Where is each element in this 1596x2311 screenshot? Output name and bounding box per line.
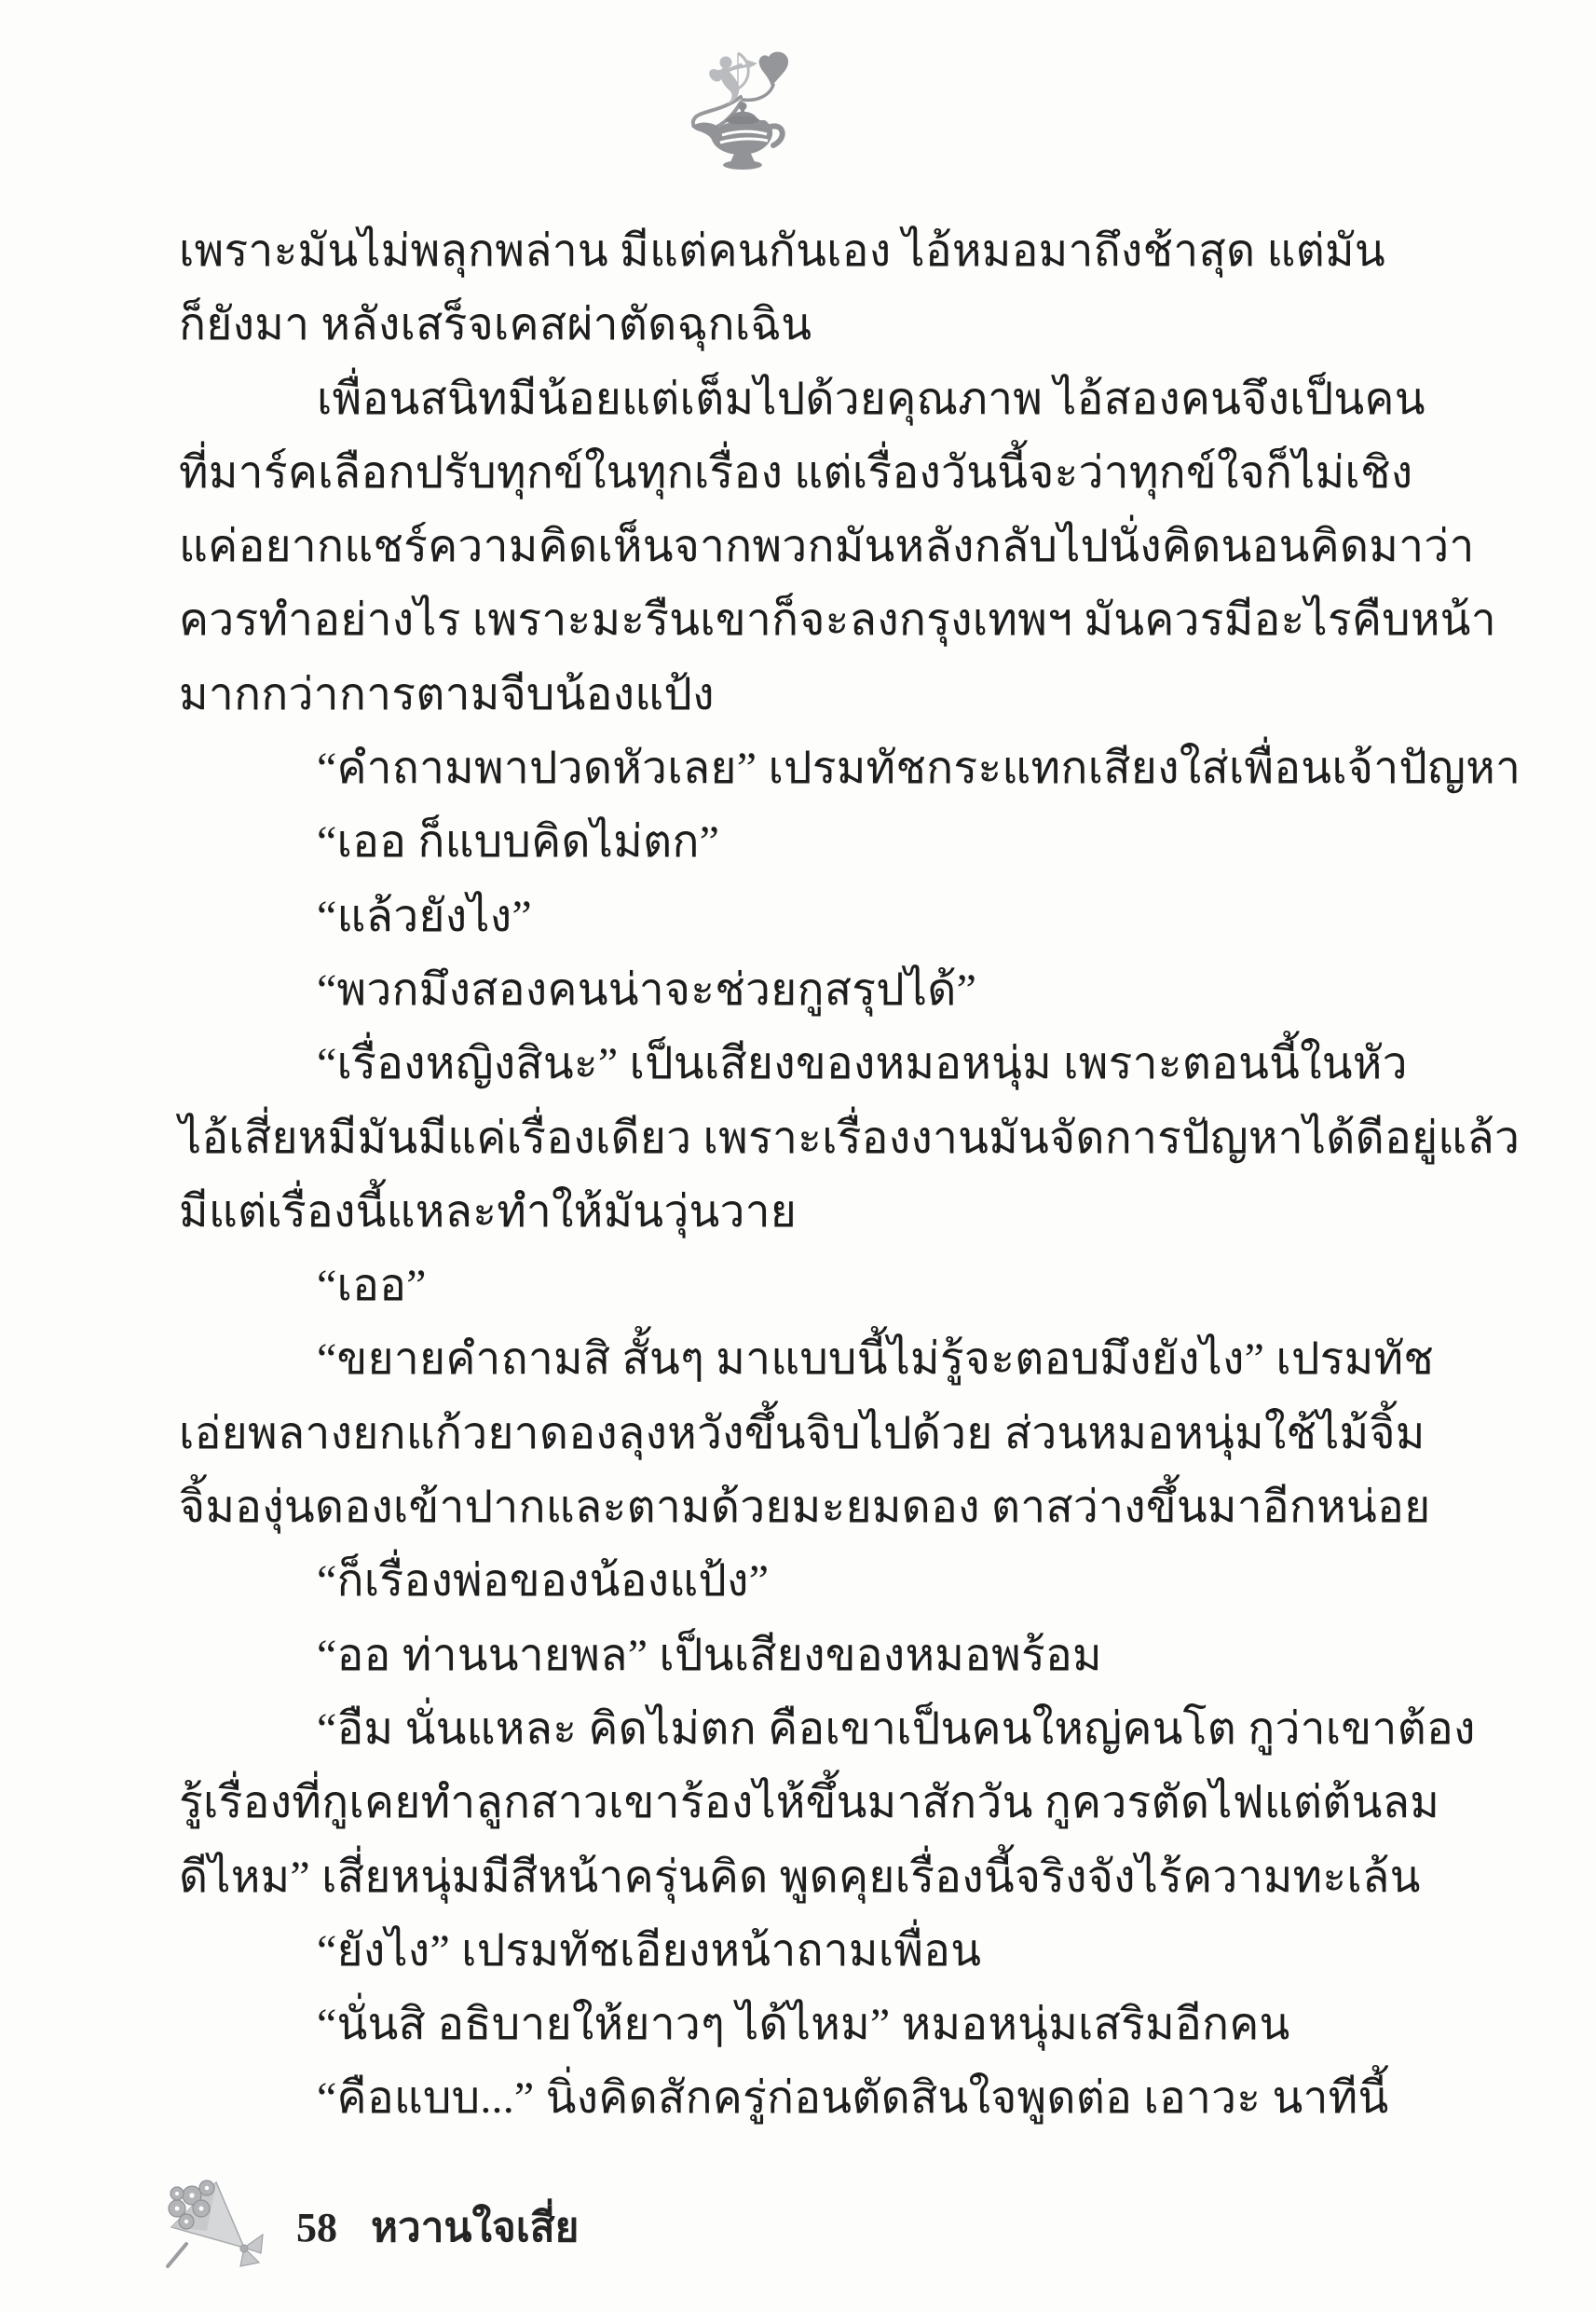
text-line: “อืม นั่นแหละ คิดไม่ตก คือเขาเป็นคนใหญ่ค… bbox=[179, 1692, 1390, 1766]
text-line: “แล้วยังไง” bbox=[179, 880, 1390, 953]
text-line: ก็ยังมา หลังเสร็จเคสผ่าตัดฉุกเฉิน bbox=[179, 288, 1390, 362]
text-line: รู้เรื่องที่กูเคยทำลูกสาวเขาร้องไห้ขึ้นม… bbox=[179, 1766, 1390, 1839]
text-line: เอ่ยพลางยกแก้วยาดองลุงหวังขึ้นจิบไปด้วย … bbox=[179, 1397, 1390, 1470]
text-line: ที่มาร์คเลือกปรับทุกข์ในทุกเรื่อง แต่เรื… bbox=[179, 436, 1390, 510]
flower-bouquet-icon bbox=[158, 2175, 281, 2279]
text-line: ไอ้เสี่ยหมีมันมีแค่เรื่องเดียว เพราะเรื่… bbox=[179, 1101, 1390, 1175]
text-line: แค่อยากแชร์ความคิดเห็นจากพวกมันหลังกลับไ… bbox=[179, 510, 1390, 583]
text-line: ควรทำอย่างไร เพราะมะรืนเขาก็จะลงกรุงเทพฯ… bbox=[179, 583, 1390, 657]
text-line: “พวกมึงสองคนน่าจะช่วยกูสรุปได้” bbox=[179, 953, 1390, 1027]
text-line: เพราะมันไม่พลุกพล่าน มีแต่คนกันเอง ไอ้หม… bbox=[179, 214, 1390, 288]
text-line: “เออ” bbox=[179, 1249, 1390, 1322]
text-line: “ก็เรื่องพ่อของน้องแป้ง” bbox=[179, 1544, 1390, 1618]
text-line: “เรื่องหญิงสินะ” เป็นเสียงของหมอหนุ่ม เพ… bbox=[179, 1027, 1390, 1101]
text-line: ดีไหม” เสี่ยหนุ่มมีสีหน้าครุ่นคิด พูดคุย… bbox=[179, 1840, 1390, 1914]
text-line: “เออ ก็แบบคิดไม่ตก” bbox=[179, 805, 1390, 879]
text-line: มากกว่าการตามจีบน้องแป้ง bbox=[179, 658, 1390, 732]
text-line: “ขยายคำถามสิ สั้นๆ มาแบบนี้ไม่รู้จะตอบมึ… bbox=[179, 1322, 1390, 1396]
page-number: 58 bbox=[296, 2204, 337, 2251]
heart-icon bbox=[743, 52, 788, 101]
text-line: เพื่อนสนิทมีน้อยแต่เต็มไปด้วยคุณภาพ ไอ้ส… bbox=[179, 362, 1390, 436]
text-line: จิ้มองุ่นดองเข้าปากและตามด้วยมะยมดอง ตาส… bbox=[179, 1470, 1390, 1544]
ribbon-bow-icon bbox=[240, 2235, 263, 2266]
genie-lamp-cupid-ornament-icon bbox=[683, 47, 813, 177]
text-line: มีแต่เรื่องนี้แหละทำให้มันวุ่นวาย bbox=[179, 1175, 1390, 1249]
cupid-icon bbox=[709, 53, 757, 104]
text-line: “นั่นสิ อธิบายให้ยาวๆ ได้ไหม” หมอหนุ่มเส… bbox=[179, 1988, 1390, 2061]
text-line: “ออ ท่านนายพล” เป็นเสียงของหมอพร้อม bbox=[179, 1619, 1390, 1692]
body-text: เพราะมันไม่พลุกพล่าน มีแต่คนกันเอง ไอ้หม… bbox=[179, 214, 1390, 2136]
book-title: หวานใจเสี่ย bbox=[371, 2195, 579, 2260]
text-line: “คำถามพาปวดหัวเลย” เปรมทัชกระแทกเสียงใส่… bbox=[179, 732, 1390, 805]
text-line: “คือแบบ...” นิ่งคิดสักครู่ก่อนตัดสินใจพู… bbox=[179, 2061, 1390, 2135]
footer: 58 หวานใจเสี่ย bbox=[158, 2175, 579, 2279]
book-page: เพราะมันไม่พลุกพล่าน มีแต่คนกันเอง ไอ้หม… bbox=[0, 0, 1596, 2311]
text-line: “ยังไง” เปรมทัชเอียงหน้าถามเพื่อน bbox=[179, 1914, 1390, 1988]
